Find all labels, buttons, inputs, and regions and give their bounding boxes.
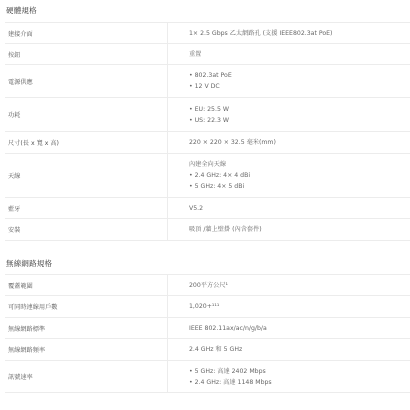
wireless-spec-table: 覆蓋範圍200平方公尺¹可同時連線用戶數1,020+¹¹¹無線網路標準IEEE …	[5, 274, 410, 393]
spec-value: 1,020+¹¹¹	[168, 296, 410, 317]
spec-label: 按鈕	[5, 44, 168, 64]
wireless-section-title: 無線網路規格	[6, 258, 52, 269]
hardware-spec-table: 建接介面1× 2.5 Gbps 乙太網路孔 (支援 IEEE802.3at Po…	[5, 22, 410, 241]
spec-value-text: 重置	[189, 49, 410, 60]
spec-label: 無線網路頻率	[5, 339, 168, 360]
table-row: 電源供應802.3at PoE12 V DC	[5, 65, 410, 98]
spec-bullet-item: 5 GHz: 4× 5 dBi	[189, 181, 410, 192]
table-row: 訊號速率5 GHz: 高達 2402 Mbps2.4 GHz: 高達 1148 …	[5, 361, 410, 393]
spec-value-text: 吸頂 /牆上壁掛 (內含套件)	[189, 224, 410, 235]
table-row: 按鈕重置	[5, 44, 410, 65]
spec-bullet-item: 5 GHz: 高達 2402 Mbps	[189, 366, 410, 377]
spec-value-text: IEEE 802.11ax/ac/n/g/b/a	[189, 323, 410, 334]
spec-value-intro: 內建全向天線	[189, 159, 410, 170]
spec-page: 硬體規格 建接介面1× 2.5 Gbps 乙太網路孔 (支援 IEEE802.3…	[0, 0, 410, 410]
spec-label: 訊號速率	[5, 361, 168, 392]
spec-value: 802.3at PoE12 V DC	[168, 65, 410, 97]
spec-value: 重置	[168, 44, 410, 64]
spec-bullet-item: US: 22.3 W	[189, 115, 410, 126]
spec-label: 無線網路標準	[5, 318, 168, 338]
spec-bullet-item: 2.4 GHz: 4× 4 dBi	[189, 170, 410, 181]
spec-value: 內建全向天線2.4 GHz: 4× 4 dBi5 GHz: 4× 5 dBi	[168, 154, 410, 197]
table-row: 覆蓋範圍200平方公尺¹	[5, 275, 410, 296]
spec-label: 尺寸(長 x 寬 x 高)	[5, 132, 168, 153]
hardware-section-title: 硬體規格	[6, 5, 37, 16]
table-row: 天線內建全向天線2.4 GHz: 4× 4 dBi5 GHz: 4× 5 dBi	[5, 154, 410, 198]
table-row: 無線網路標準IEEE 802.11ax/ac/n/g/b/a	[5, 318, 410, 339]
spec-label: 藍牙	[5, 198, 168, 218]
spec-value: IEEE 802.11ax/ac/n/g/b/a	[168, 318, 410, 338]
spec-value: EU: 25.5 WUS: 22.3 W	[168, 98, 410, 131]
spec-label: 電源供應	[5, 65, 168, 97]
spec-label: 安裝	[5, 219, 168, 240]
spec-label: 建接介面	[5, 23, 168, 43]
table-row: 安裝吸頂 /牆上壁掛 (內含套件)	[5, 219, 410, 241]
spec-value: 1× 2.5 Gbps 乙太網路孔 (支援 IEEE802.3at PoE)	[168, 23, 410, 43]
table-row: 可同時連線用戶數1,020+¹¹¹	[5, 296, 410, 318]
spec-bullet-item: 2.4 GHz: 高達 1148 Mbps	[189, 377, 410, 388]
spec-value: 220 × 220 × 32.5 毫米(mm)	[168, 132, 410, 153]
spec-bullet-item: EU: 25.5 W	[189, 104, 410, 115]
spec-value: 吸頂 /牆上壁掛 (內含套件)	[168, 219, 410, 240]
spec-label: 覆蓋範圍	[5, 275, 168, 295]
spec-value-text: 1,020+¹¹¹	[189, 301, 410, 312]
table-row: 建接介面1× 2.5 Gbps 乙太網路孔 (支援 IEEE802.3at Po…	[5, 23, 410, 44]
spec-bullet-item: 12 V DC	[189, 81, 410, 92]
spec-label: 可同時連線用戶數	[5, 296, 168, 317]
spec-value: V5.2	[168, 198, 410, 218]
spec-value: 2.4 GHz 和 5 GHz	[168, 339, 410, 360]
spec-value-text: 220 × 220 × 32.5 毫米(mm)	[189, 137, 410, 148]
table-row: 功耗EU: 25.5 WUS: 22.3 W	[5, 98, 410, 132]
spec-value-text: V5.2	[189, 203, 410, 214]
spec-value-text: 2.4 GHz 和 5 GHz	[189, 344, 410, 355]
spec-label: 天線	[5, 154, 168, 197]
spec-value-text: 1× 2.5 Gbps 乙太網路孔 (支援 IEEE802.3at PoE)	[189, 28, 410, 39]
spec-value-text: 200平方公尺¹	[189, 280, 410, 291]
spec-label: 功耗	[5, 98, 168, 131]
spec-bullet-item: 802.3at PoE	[189, 70, 410, 81]
table-row: 無線網路頻率2.4 GHz 和 5 GHz	[5, 339, 410, 361]
spec-value: 200平方公尺¹	[168, 275, 410, 295]
table-row: 藍牙V5.2	[5, 198, 410, 219]
spec-value: 5 GHz: 高達 2402 Mbps2.4 GHz: 高達 1148 Mbps	[168, 361, 410, 392]
table-row: 尺寸(長 x 寬 x 高)220 × 220 × 32.5 毫米(mm)	[5, 132, 410, 154]
